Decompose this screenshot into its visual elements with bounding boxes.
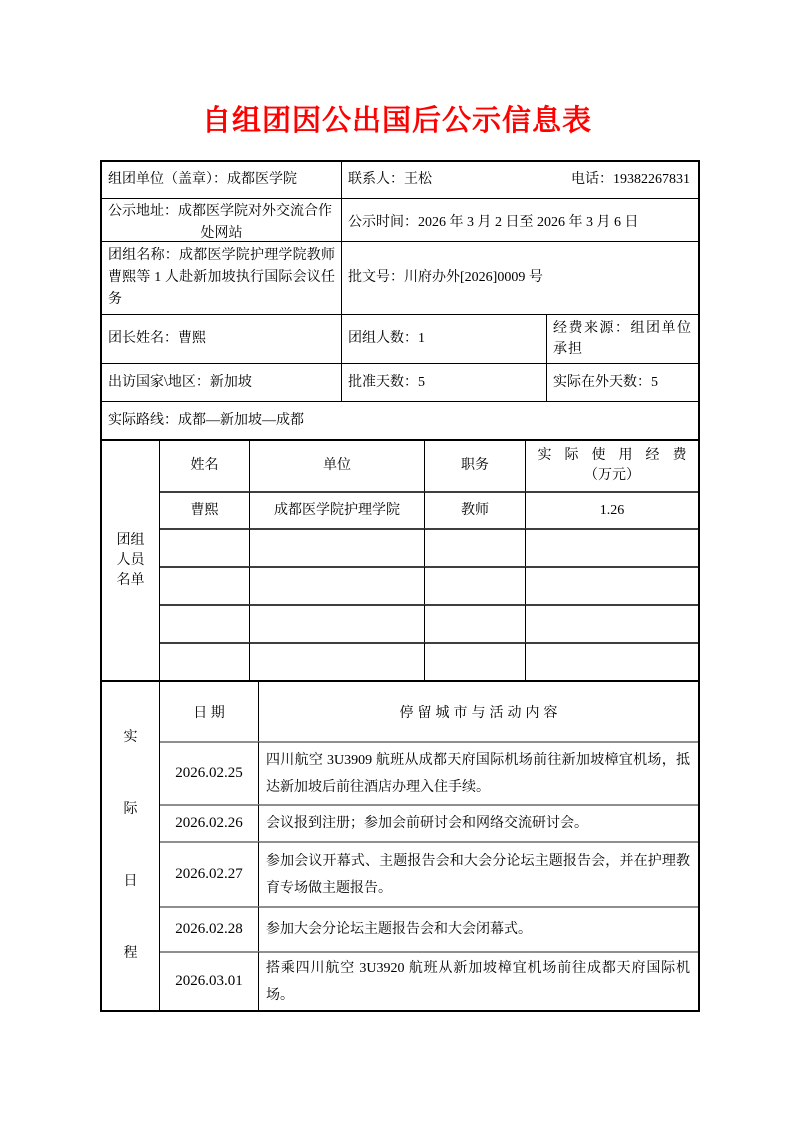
itinerary-content: 会议报到注册；参加会前研讨会和网络交流研讨会。 xyxy=(259,804,698,841)
members-header-fee: 实际使用经费 （万元） xyxy=(526,441,698,491)
itinerary-content: 参加大会分论坛主题报告会和大会闭幕式。 xyxy=(259,906,698,951)
itinerary-section: 实 际 日 程 日 期 停留城市与活动内容 2026.02.25 四川航空 3U… xyxy=(102,680,698,1010)
members-header-name: 姓名 xyxy=(160,441,250,491)
member-row-unit xyxy=(250,566,425,604)
member-row-unit: 成都医学院护理学院 xyxy=(250,491,425,528)
itinerary-content: 参加会议开幕式、主题报告会和大会分论坛主题报告会，并在护理教育专场做主题报告。 xyxy=(259,841,698,906)
contact-phone-cell: 联系人：王松 电话：19382267831 xyxy=(342,162,698,198)
approval-no-cell: 批文号：川府办外[2026]0009 号 xyxy=(342,242,698,314)
itinerary-header-content-text: 停留城市与活动内容 xyxy=(400,702,562,722)
member-row-title xyxy=(425,528,526,566)
actual-days-cell: 实际在外天数：5 xyxy=(547,364,698,401)
itinerary-section-label: 实 际 日 程 xyxy=(102,682,160,1010)
member-row-name xyxy=(160,566,250,604)
members-section: 团组 人员 名单 姓名 单位 职务 实际使用经费 （万元） 曹熙 成都医学院护理… xyxy=(102,439,698,680)
members-header-fee-line1: 实际使用经费 xyxy=(538,446,700,466)
member-row-title: 教师 xyxy=(425,491,526,528)
row-leader-size-funding: 团长姓名：曹熙 团组人数：1 经费来源：组团单位承担 xyxy=(102,315,698,364)
funding-source-cell: 经费来源：组团单位承担 xyxy=(547,315,698,363)
contact-phone: 电话：19382267831 xyxy=(571,169,690,191)
member-row-fee: 1.26 xyxy=(526,491,698,528)
document-page: 自组团因公出国后公示信息表 组团单位（盖章）：成都医学院 联系人：王松 电话：1… xyxy=(0,0,794,1123)
member-row-unit xyxy=(250,604,425,642)
member-row-fee xyxy=(526,528,698,566)
member-row-fee xyxy=(526,566,698,604)
member-row-name xyxy=(160,528,250,566)
itinerary-date: 2026.02.28 xyxy=(160,906,259,951)
itinerary-header-date: 日 期 xyxy=(160,682,259,741)
org-unit-cell: 组团单位（盖章）：成都医学院 xyxy=(102,162,342,198)
itinerary-date: 2026.03.01 xyxy=(160,951,259,1010)
member-row-unit xyxy=(250,528,425,566)
leader-name-cell: 团长姓名：曹熙 xyxy=(102,315,342,363)
member-row-name: 曹熙 xyxy=(160,491,250,528)
contact-person: 联系人：王松 xyxy=(348,169,432,191)
publish-address-cell: 公示地址：成都医学院对外交流合作 处网站 xyxy=(102,199,342,247)
approved-days-cell: 批准天数：5 xyxy=(342,364,547,401)
members-section-label: 团组 人员 名单 xyxy=(102,441,160,680)
itinerary-content: 四川航空 3U3909 航班从成都天府国际机场前往新加坡樟宜机场，抵达新加坡后前… xyxy=(259,741,698,804)
row-org-contact: 组团单位（盖章）：成都医学院 联系人：王松 电话：19382267831 xyxy=(102,162,698,199)
itinerary-content: 搭乘四川航空 3U3920 航班从新加坡樟宜机场前往成都天府国际机场。 xyxy=(259,951,698,1010)
row-route: 实际路线：成都—新加坡—成都 xyxy=(102,402,698,439)
itinerary-header-content: 停留城市与活动内容 xyxy=(259,682,698,741)
actual-route-cell: 实际路线：成都—新加坡—成都 xyxy=(102,402,698,439)
member-row-name xyxy=(160,642,250,680)
row-groupname-approval: 团组名称：成都医学院护理学院教师曹熙等 1 人赴新加坡执行国际会议任务 批文号：… xyxy=(102,242,698,315)
members-header-title: 职务 xyxy=(425,441,526,491)
row-destination-days: 出访国家\地区：新加坡 批准天数：5 实际在外天数：5 xyxy=(102,364,698,402)
members-header-unit: 单位 xyxy=(250,441,425,491)
row-publish: 公示地址：成都医学院对外交流合作 处网站 公示时间：2026 年 3 月 2 日… xyxy=(102,199,698,242)
member-row-fee xyxy=(526,604,698,642)
form-table: 组团单位（盖章）：成都医学院 联系人：王松 电话：19382267831 公示地… xyxy=(100,160,700,1012)
member-row-name xyxy=(160,604,250,642)
itinerary-date: 2026.02.26 xyxy=(160,804,259,841)
group-name-cell: 团组名称：成都医学院护理学院教师曹熙等 1 人赴新加坡执行国际会议任务 xyxy=(102,242,342,314)
member-row-title xyxy=(425,566,526,604)
member-row-title xyxy=(425,604,526,642)
member-row-title xyxy=(425,642,526,680)
page-title: 自组团因公出国后公示信息表 xyxy=(0,104,794,138)
publish-time-cell: 公示时间：2026 年 3 月 2 日至 2026 年 3 月 6 日 xyxy=(342,199,698,247)
group-size-cell: 团组人数：1 xyxy=(342,315,547,363)
member-row-fee xyxy=(526,642,698,680)
destination-cell: 出访国家\地区：新加坡 xyxy=(102,364,342,401)
itinerary-date: 2026.02.27 xyxy=(160,841,259,906)
member-row-unit xyxy=(250,642,425,680)
publish-address-line1: 公示地址：成都医学院对外交流合作 xyxy=(108,201,335,223)
members-header-fee-line2: （万元） xyxy=(584,466,640,486)
itinerary-date: 2026.02.25 xyxy=(160,741,259,804)
